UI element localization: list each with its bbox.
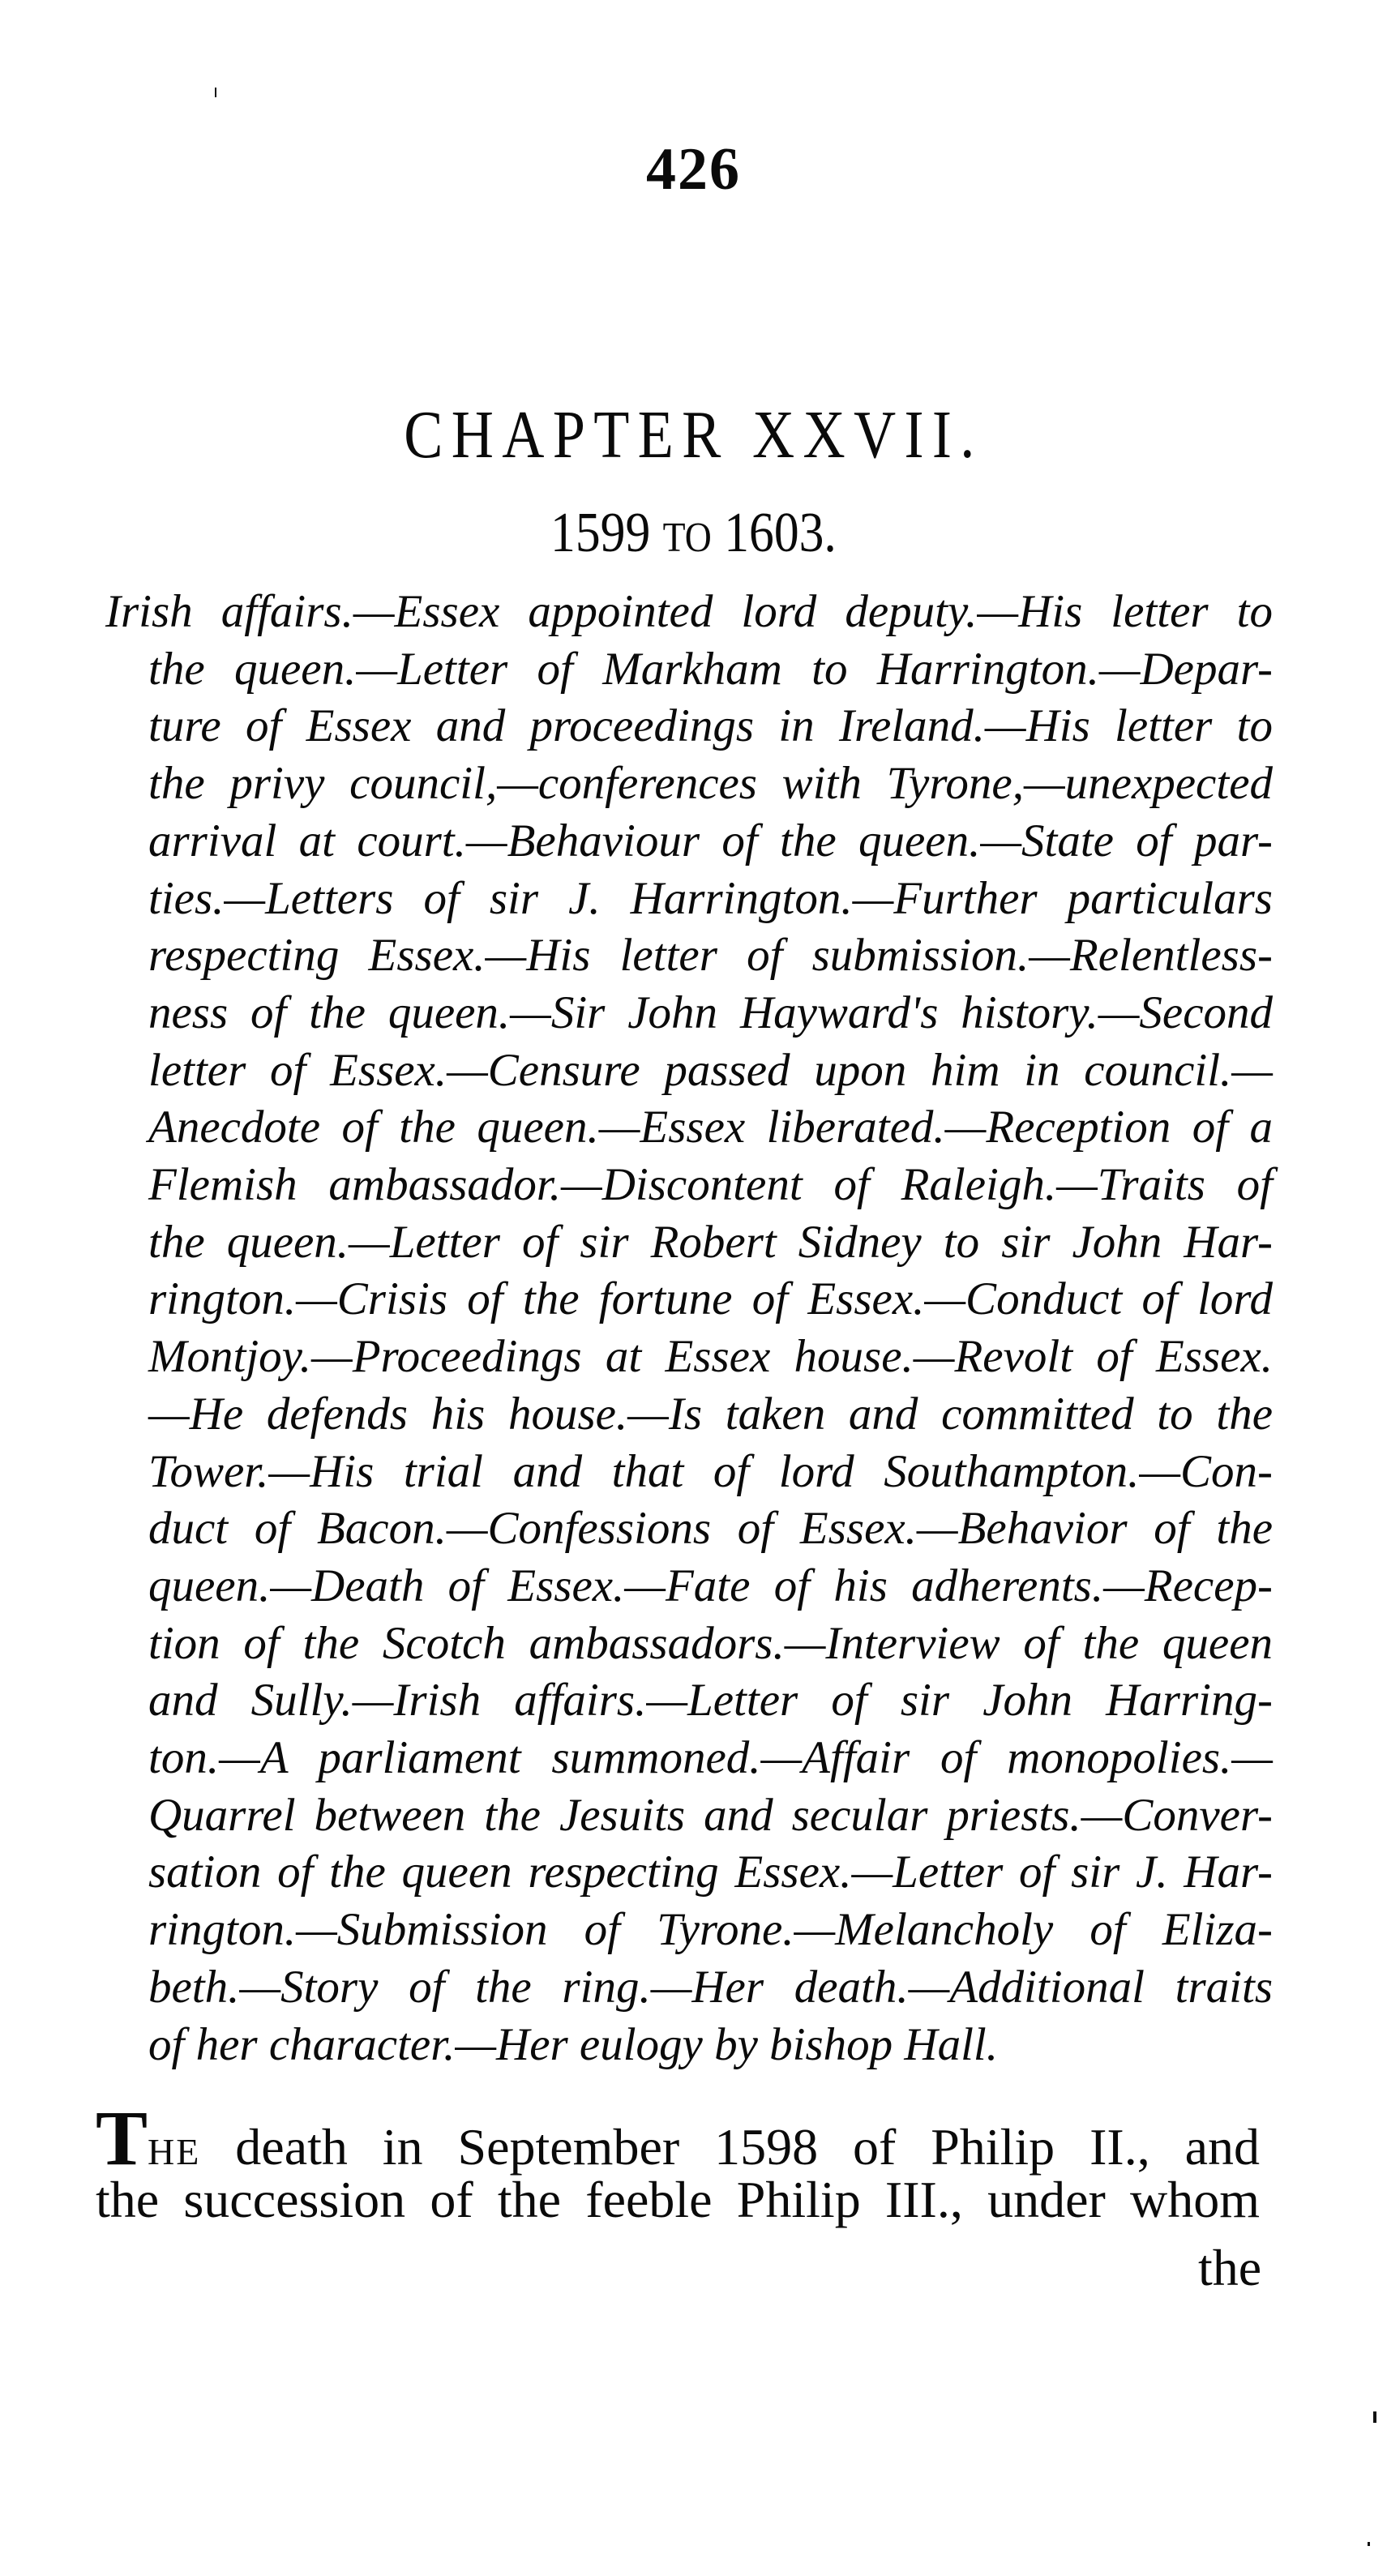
summary-line: Quarrel between the Jesuits and secular … <box>148 1787 1273 1845</box>
summary-line: rington.—Crisis of the fortune of Essex.… <box>148 1271 1273 1329</box>
summary-line: the queen.—Letter of Markham to Harringt… <box>148 641 1273 699</box>
body-line: the succession of the feeble Philip III.… <box>96 2169 1260 2231</box>
drop-cap: T <box>96 2095 148 2181</box>
summary-line: beth.—Story of the ring.—Her death.—Addi… <box>148 1959 1273 2017</box>
drop-cap-rest: HE <box>148 2131 200 2172</box>
summary-line: and Sully.—Irish affairs.—Letter of sir … <box>148 1672 1273 1730</box>
page-number: 426 <box>0 139 1387 199</box>
summary-line: the privy council,—conferences with Tyro… <box>148 755 1273 813</box>
summary-line: sation of the queen respecting Essex.—Le… <box>148 1844 1273 1902</box>
summary-line: rington.—Submission of Tyrone.—Melanchol… <box>148 1902 1273 1959</box>
body-line: THE death in September 1598 of Philip II… <box>96 2107 1260 2169</box>
summary-line: arrival at court.—Behaviour of the queen… <box>148 813 1273 871</box>
chapter-heading: CHAPTER XXVII. <box>97 399 1290 472</box>
summary-line: the queen.—Letter of sir Robert Sidney t… <box>148 1214 1273 1272</box>
summary-line: ton.—A parliament summoned.—Affair of mo… <box>148 1730 1273 1787</box>
summary-line: tion of the Scotch ambassadors.—Intervie… <box>148 1615 1273 1673</box>
summary-line: letter of Essex.—Censure passed upon him… <box>148 1042 1273 1100</box>
summary-line: queen.—Death of Essex.—Fate of his adher… <box>148 1558 1273 1615</box>
summary-line: Montjoy.—Proceedings at Essex house.—Rev… <box>148 1329 1273 1386</box>
catchword: the <box>1198 2237 1261 2299</box>
scan-speck <box>215 88 216 97</box>
summary-line: Anecdote of the queen.—Essex liberated.—… <box>148 1099 1273 1157</box>
summary-line: respecting Essex.—His letter of submissi… <box>148 927 1273 985</box>
summary-line: ness of the queen.—Sir John Hayward's hi… <box>148 985 1273 1042</box>
date-separator: TO <box>663 515 712 561</box>
summary-line: of her character.—Her eulogy by bishop H… <box>148 2017 1273 2074</box>
body-line-text: death in September 1598 of Philip II., a… <box>235 2118 1260 2176</box>
chapter-date-range: 1599 TO 1603. <box>83 501 1304 571</box>
summary-line: ties.—Letters of sir J. Harrington.—Furt… <box>148 871 1273 928</box>
book-page: 426 CHAPTER XXVII. 1599 TO 1603. Irish a… <box>0 0 1387 2576</box>
summary-line: ture of Essex and proceedings in Ireland… <box>148 698 1273 755</box>
summary-line: Tower.—His trial and that of lord Southa… <box>148 1444 1273 1501</box>
summary-line: Flemish ambassador.—Discontent of Raleig… <box>148 1157 1273 1214</box>
scan-speck <box>1368 2542 1370 2546</box>
date-end: 1603. <box>724 502 837 564</box>
scan-speck <box>1373 2411 1376 2423</box>
summary-line: Irish affairs.—Essex appointed lord depu… <box>105 584 1273 641</box>
summary-line: —He defends his house.—Is taken and comm… <box>148 1386 1273 1444</box>
date-start: 1599 <box>550 502 650 564</box>
summary-line: duct of Bacon.—Confessions of Essex.—Beh… <box>148 1500 1273 1558</box>
